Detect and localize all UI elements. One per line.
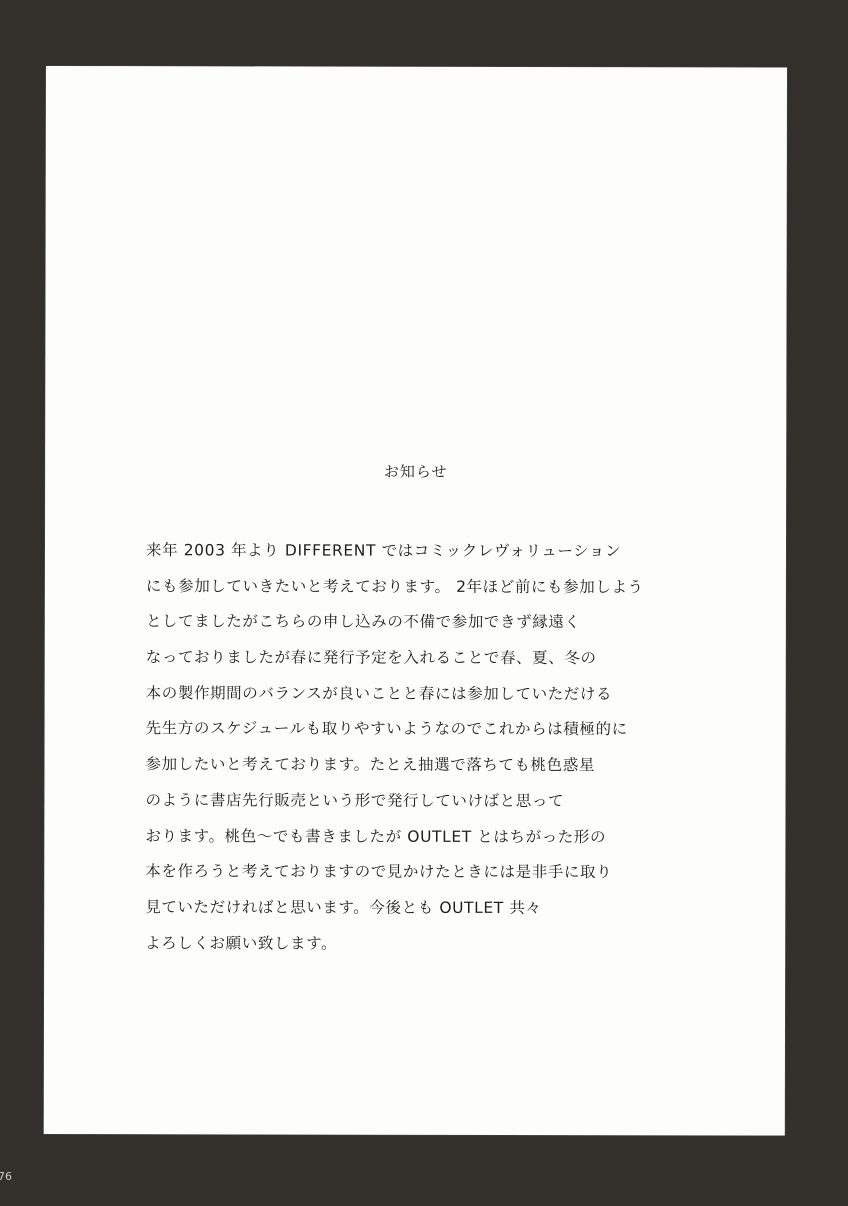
- text-line: よろしくお願い致します。: [145, 933, 765, 970]
- text-line: にも参加していきたいと考えております。 2年ほど前にも参加しよう: [146, 576, 766, 613]
- document-page: お知らせ 来年 2003 年より DIFFERENT ではコミックレヴォリューシ…: [44, 66, 787, 1136]
- text-line: 先生方のスケジュールも取りやすいようなのでこれからは積極的に: [146, 719, 766, 756]
- text-line: 参加したいと考えております。たとえ抽選で落ちても桃色惑星: [145, 754, 765, 791]
- notice-title: お知らせ: [45, 460, 786, 483]
- notice-body: 来年 2003 年より DIFFERENT ではコミックレヴォリューション にも…: [145, 540, 766, 970]
- text-line: なっておりましたが春に発行予定を入れることで春、夏、冬の: [146, 647, 766, 684]
- text-line: おります。桃色～でも書きましたが OUTLET とはちがった形の: [145, 826, 765, 863]
- text-line: のように書店先行販売という形で発行していけばと思って: [145, 790, 765, 827]
- text-line: 見ていただければと思います。今後とも OUTLET 共々: [145, 897, 765, 934]
- text-line: 来年 2003 年より DIFFERENT ではコミックレヴォリューション: [146, 540, 766, 577]
- text-line: 本の製作期間のバランスが良いことと春には参加していただける: [146, 683, 766, 720]
- text-line: 本を作ろうと考えておりますので見かけたときには是非手に取り: [145, 861, 765, 898]
- page-number: 76: [0, 1170, 12, 1183]
- text-line: としてましたがこちらの申し込みの不備で参加できず縁遠く: [146, 612, 766, 649]
